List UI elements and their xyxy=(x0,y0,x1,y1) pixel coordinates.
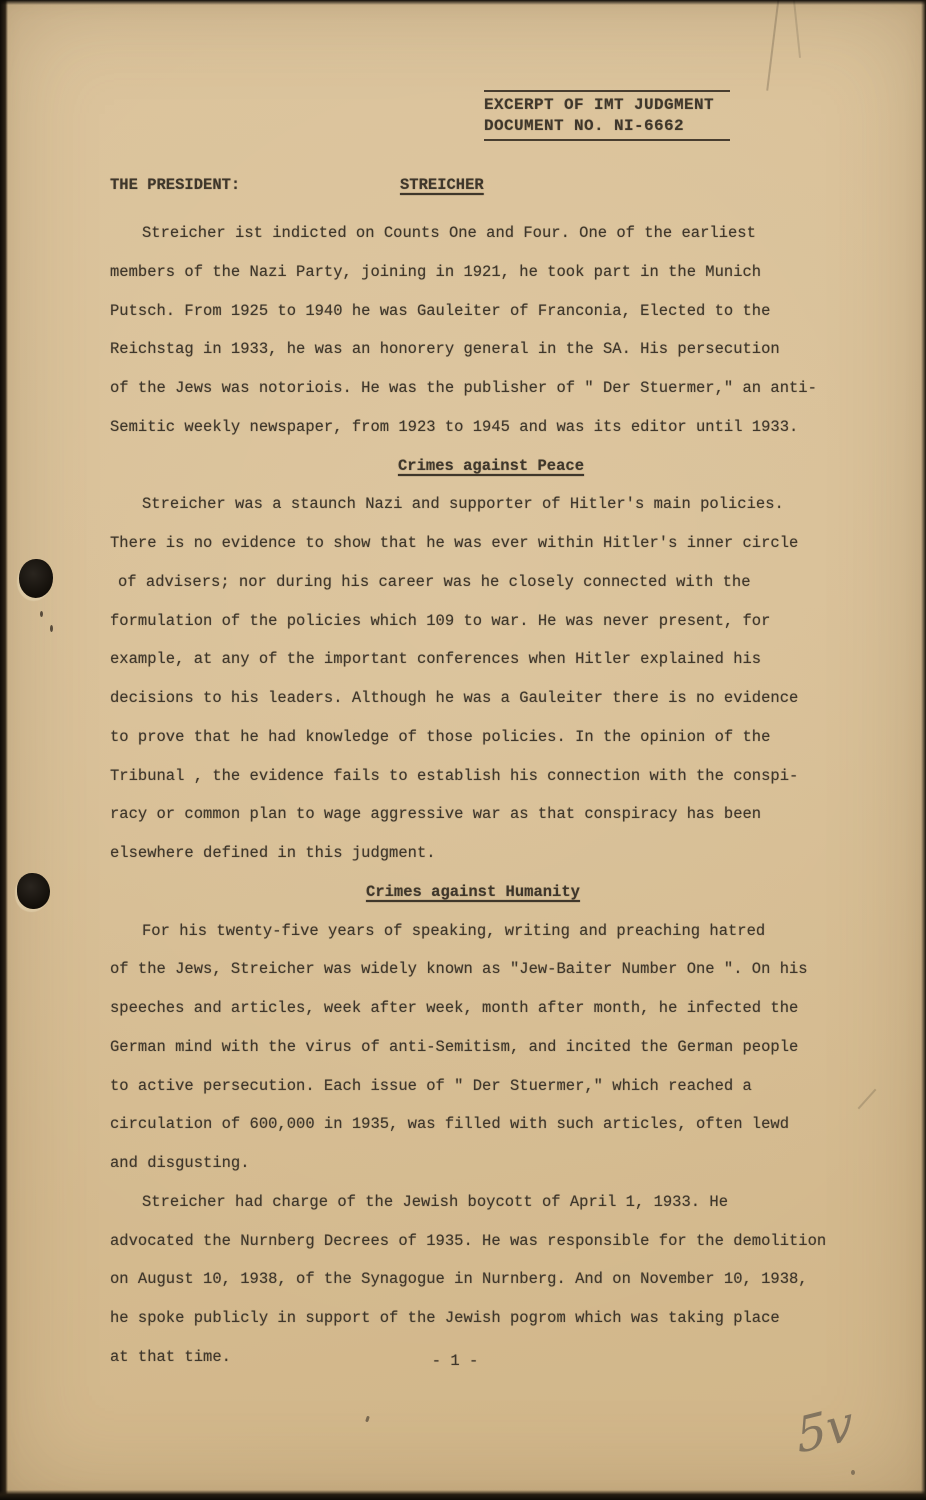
pencil-scratch xyxy=(766,0,780,91)
document-body: Streicher ist indicted on Counts One and… xyxy=(110,214,836,1377)
text-line: Semitic weekly newspaper, from 1923 to 1… xyxy=(110,408,836,447)
scan-edge-left xyxy=(0,0,8,1500)
scan-edge-bottom xyxy=(0,1490,926,1500)
text-line: he spoke publicly in support of the Jewi… xyxy=(110,1299,836,1338)
text-line: formulation of the policies which 109 to… xyxy=(110,602,836,641)
text-line: to active persecution. Each issue of " D… xyxy=(110,1067,836,1106)
text-line: Streicher ist indicted on Counts One and… xyxy=(110,214,836,253)
punch-hole-top xyxy=(19,559,53,598)
text-line: of advisers; nor during his career was h… xyxy=(110,563,836,602)
text-line: example, at any of the important confere… xyxy=(110,640,836,679)
speaker-label: THE PRESIDENT: xyxy=(110,176,240,194)
text-line: Reichstag in 1933, he was an honorery ge… xyxy=(110,330,836,369)
scan-edge-top xyxy=(0,0,926,5)
text-line: to prove that he had knowledge of those … xyxy=(110,718,836,757)
scanned-document-page: EXCERPT OF IMT JUDGMENT DOCUMENT NO. NI-… xyxy=(0,0,926,1500)
ink-speck xyxy=(40,611,43,617)
handwritten-mark: 5v xyxy=(794,1395,856,1465)
text-line: of the Jews, Streicher was widely known … xyxy=(110,950,836,989)
paper-crease-mark xyxy=(858,1089,877,1110)
scan-edge-right xyxy=(921,0,926,1500)
text-line: Streicher had charge of the Jewish boyco… xyxy=(110,1183,836,1222)
stamp-line-1: EXCERPT OF IMT JUDGMENT xyxy=(484,95,730,116)
text-line: Putsch. From 1925 to 1940 he was Gauleit… xyxy=(110,292,836,331)
text-line: on August 10, 1938, of the Synagogue in … xyxy=(110,1260,836,1299)
text-line: and disgusting. xyxy=(110,1144,836,1183)
ink-speck xyxy=(50,625,53,632)
text-line: speeches and articles, week after week, … xyxy=(110,989,836,1028)
ink-speck xyxy=(365,1416,370,1423)
text-line: of the Jews was notoriois. He was the pu… xyxy=(110,369,836,408)
section-heading-crimes-against-peace: Crimes against Peace xyxy=(128,447,854,486)
text-line: decisions to his leaders. Although he wa… xyxy=(110,679,836,718)
text-line: Tribunal , the evidence fails to establi… xyxy=(110,757,836,796)
text-line: members of the Nazi Party, joining in 19… xyxy=(110,253,836,292)
page-title: STREICHER xyxy=(400,176,484,194)
pencil-dot xyxy=(851,1470,855,1475)
text-line: advocated the Nurnberg Decrees of 1935. … xyxy=(110,1222,836,1261)
text-line: elsewhere defined in this judgment. xyxy=(110,834,836,873)
page-number: - 1 - xyxy=(110,1352,800,1370)
text-line: racy or common plan to wage aggressive w… xyxy=(110,795,836,834)
document-stamp: EXCERPT OF IMT JUDGMENT DOCUMENT NO. NI-… xyxy=(484,90,730,141)
stamp-rule xyxy=(484,90,730,92)
text-line: There is no evidence to show that he was… xyxy=(110,524,836,563)
section-heading-crimes-against-humanity: Crimes against Humanity xyxy=(110,873,836,912)
punch-hole-bottom xyxy=(17,873,50,909)
text-line: circulation of 600,000 in 1935, was fill… xyxy=(110,1105,836,1144)
text-line: Streicher was a staunch Nazi and support… xyxy=(110,485,836,524)
paper-background: EXCERPT OF IMT JUDGMENT DOCUMENT NO. NI-… xyxy=(0,0,926,1500)
pencil-scratch xyxy=(793,0,801,58)
text-line: German mind with the virus of anti-Semit… xyxy=(110,1028,836,1067)
text-line: For his twenty-five years of speaking, w… xyxy=(110,912,836,951)
stamp-line-2: DOCUMENT NO. NI-6662 xyxy=(484,116,730,141)
